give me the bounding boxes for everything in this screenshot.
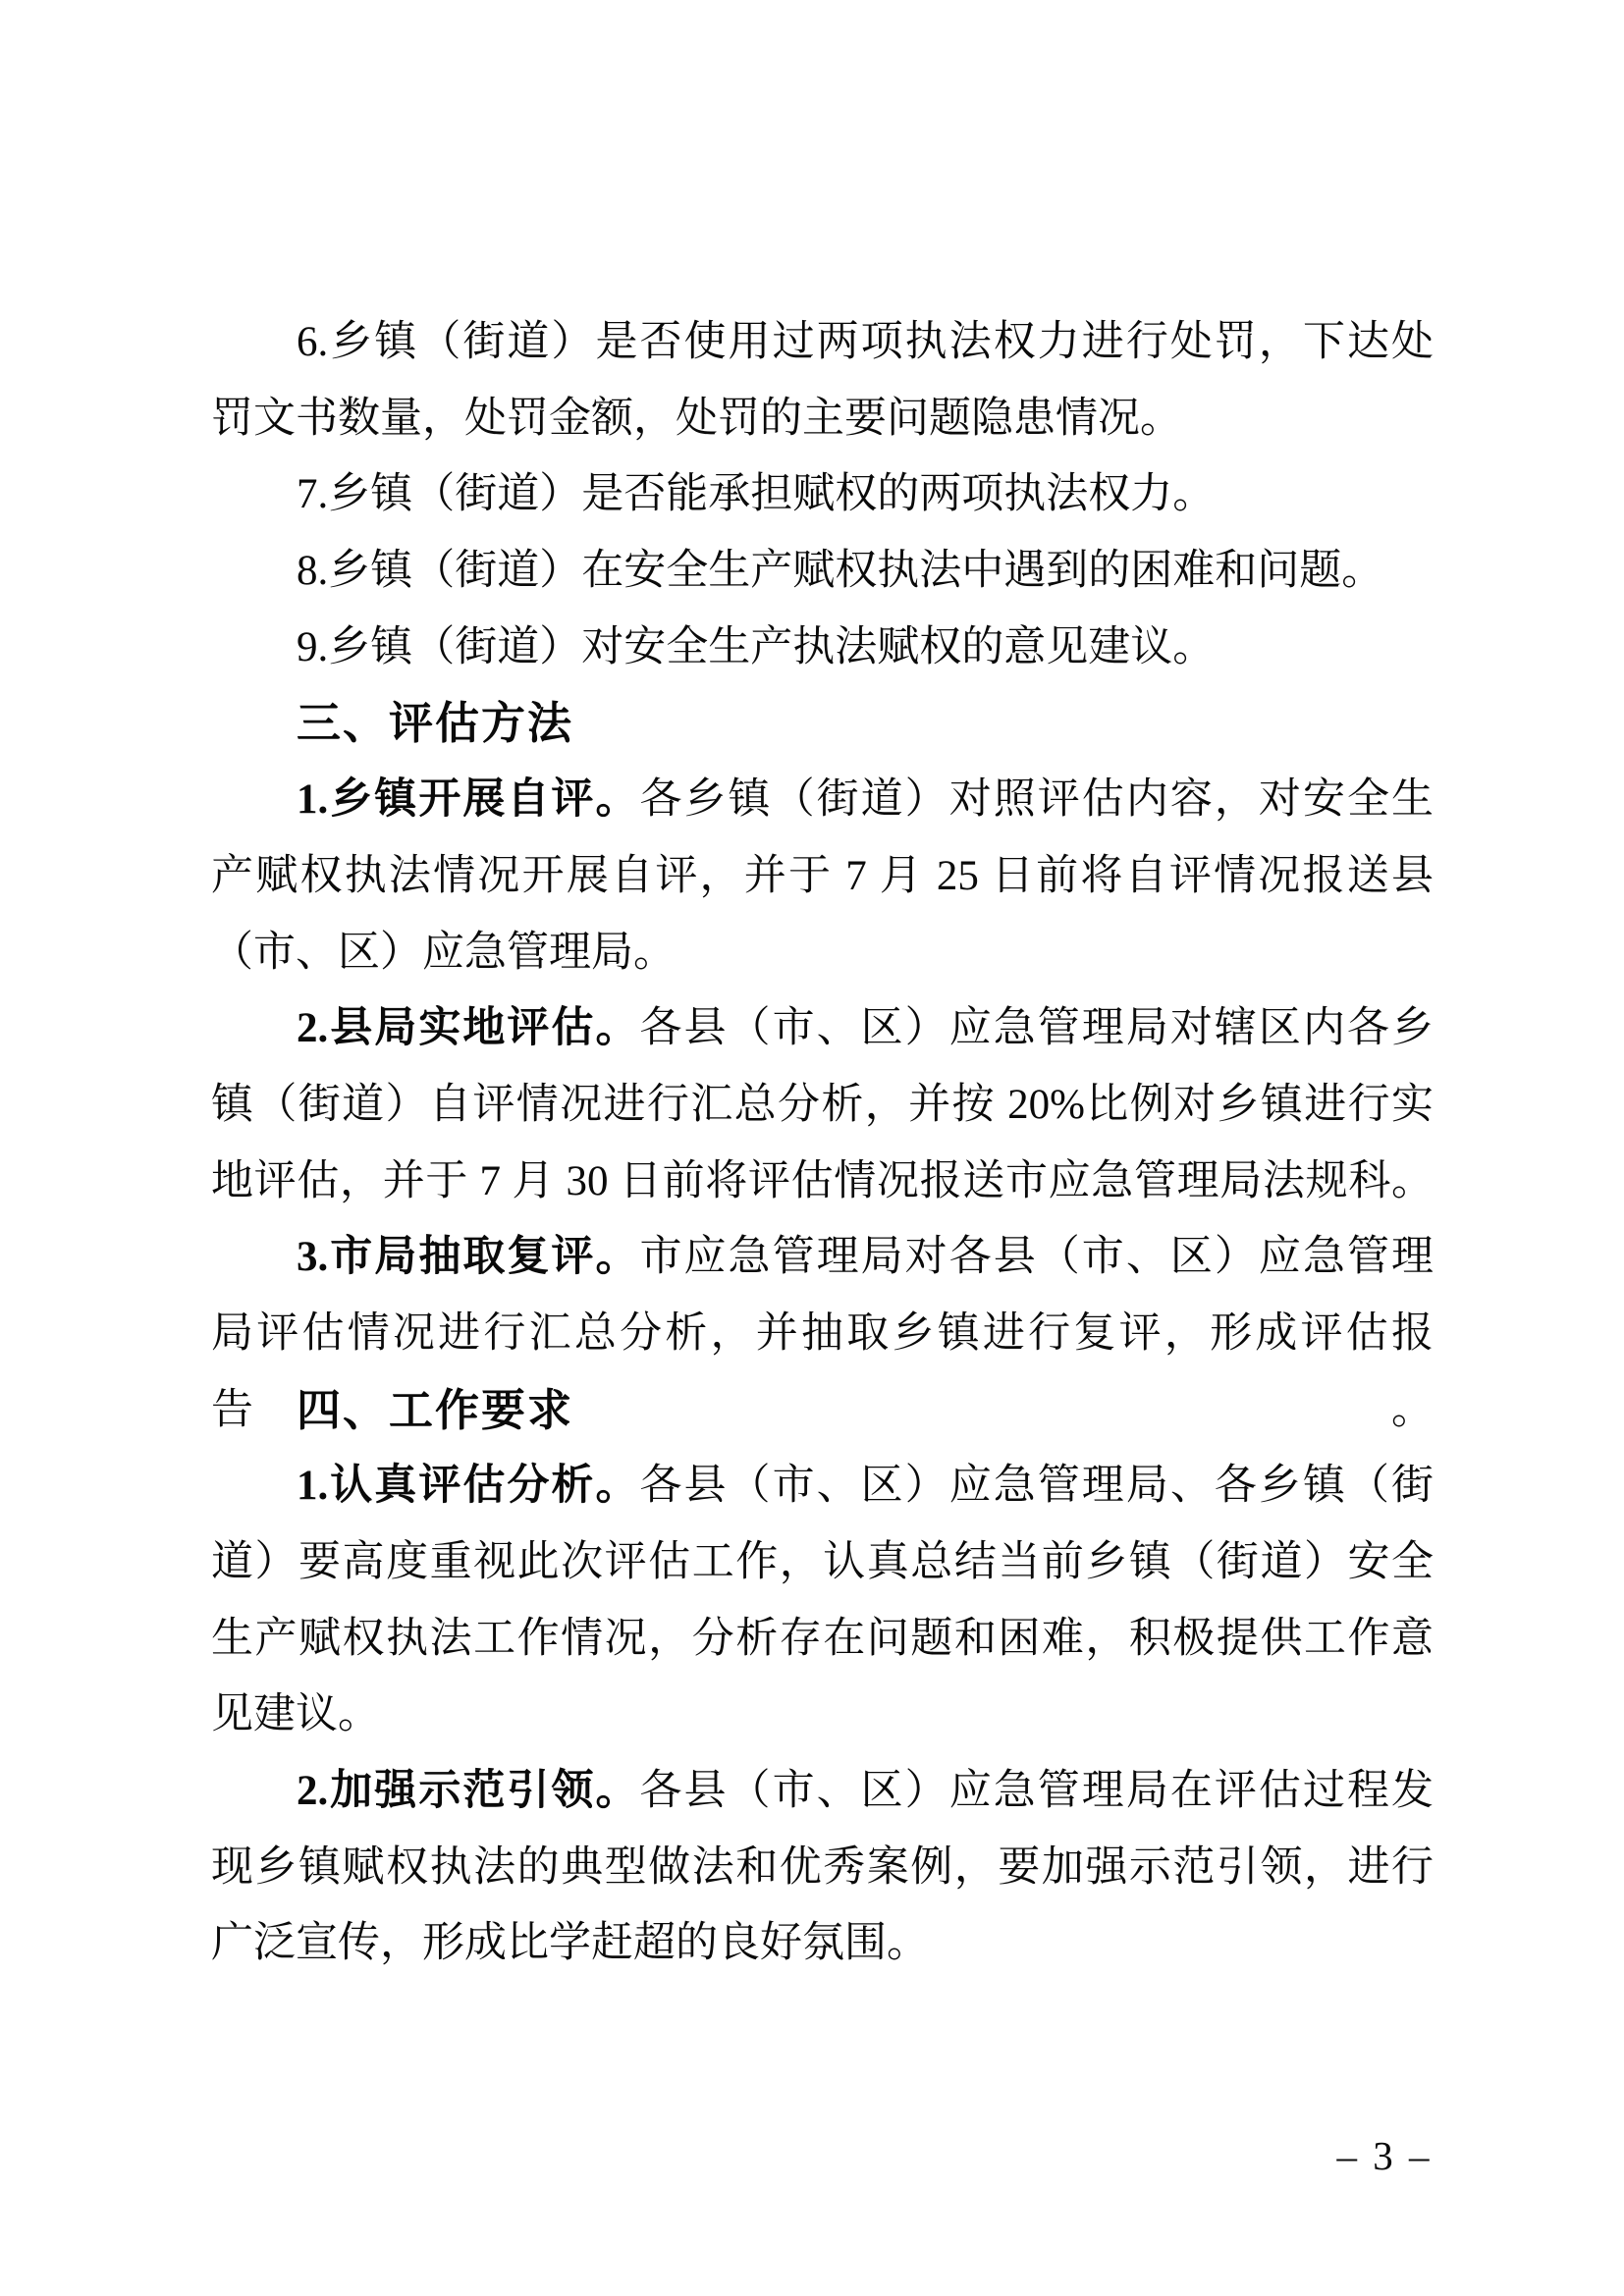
text-line: 3.市局抽取复评。市应急管理局对各县（市、区）应急管理 <box>211 1219 1434 1296</box>
text-line: 1.认真评估分析。各县（市、区）应急管理局、各乡镇（街 <box>211 1448 1434 1524</box>
text-line: （市、区）应急管理局。 <box>211 915 1434 991</box>
text-line: 局评估情况进行汇总分析，并抽取乡镇进行复评，形成评估报告。 <box>211 1296 1434 1372</box>
paragraph-text: 各县（市、区）应急管理局对辖区内各乡 <box>640 1005 1435 1051</box>
paragraph-text: 市应急管理局对各县（市、区）应急管理 <box>640 1234 1435 1280</box>
text-line: 现乡镇赋权执法的典型做法和优秀案例，要加强示范引领，进行 <box>211 1830 1434 1906</box>
document-page: 6.乡镇（街道）是否使用过两项执法权力进行处罚，下达处罚文书数量，处罚金额，处罚… <box>0 0 1624 2296</box>
text-line: 1.乡镇开展自评。各乡镇（街道）对照评估内容，对安全生 <box>211 762 1434 838</box>
text-line: 产赋权执法情况开展自评，并于 7 月 25 日前将自评情况报送县 <box>211 838 1434 915</box>
text-line: 9.乡镇（街道）对安全生产执法赋权的意见建议。 <box>211 610 1434 686</box>
paragraph-lead: 1.乡镇开展自评。 <box>297 776 640 823</box>
text-line: 8.乡镇（街道）在安全生产赋权执法中遇到的困难和问题。 <box>211 533 1434 610</box>
text-line: 道）要高度重视此次评估工作，认真总结当前乡镇（街道）安全 <box>211 1524 1434 1601</box>
text-line: 地评估，并于 7 月 30 日前将评估情况报送市应急管理局法规科。 <box>211 1144 1434 1220</box>
paragraph-lead: 3.市局抽取复评。 <box>297 1234 640 1280</box>
paragraph-text: 各县（市、区）应急管理局、各乡镇（街 <box>640 1463 1435 1509</box>
paragraph-lead: 2.县局实地评估。 <box>297 1005 640 1051</box>
text-line: 2.加强示范引领。各县（市、区）应急管理局在评估过程发 <box>211 1753 1434 1830</box>
section-heading: 三、评估方法 <box>211 685 1434 762</box>
text-line: 7.乡镇（街道）是否能承担赋权的两项执法权力。 <box>211 456 1434 533</box>
text-line: 2.县局实地评估。各县（市、区）应急管理局对辖区内各乡 <box>211 990 1434 1067</box>
paragraph-lead: 1.认真评估分析。 <box>297 1463 640 1509</box>
paragraph-text: 各县（市、区）应急管理局在评估过程发 <box>640 1768 1435 1814</box>
text-line: 6.乡镇（街道）是否使用过两项执法权力进行处罚，下达处 <box>211 304 1434 381</box>
text-line: 罚文书数量，处罚金额，处罚的主要问题隐患情况。 <box>211 381 1434 457</box>
text-line: 广泛宣传，形成比学赶超的良好氛围。 <box>211 1905 1434 1982</box>
text-line: 生产赋权执法工作情况，分析存在问题和困难，积极提供工作意 <box>211 1601 1434 1678</box>
paragraph-text: 各乡镇（街道）对照评估内容，对安全生 <box>640 776 1435 823</box>
page-number: – 3 – <box>1311 2132 1458 2179</box>
text-line: 见建议。 <box>211 1677 1434 1753</box>
document-body: 6.乡镇（街道）是否使用过两项执法权力进行处罚，下达处罚文书数量，处罚金额，处罚… <box>211 304 1434 1982</box>
text-line: 镇（街道）自评情况进行汇总分析，并按 20%比例对乡镇进行实 <box>211 1067 1434 1144</box>
paragraph-lead: 2.加强示范引领。 <box>297 1768 640 1814</box>
